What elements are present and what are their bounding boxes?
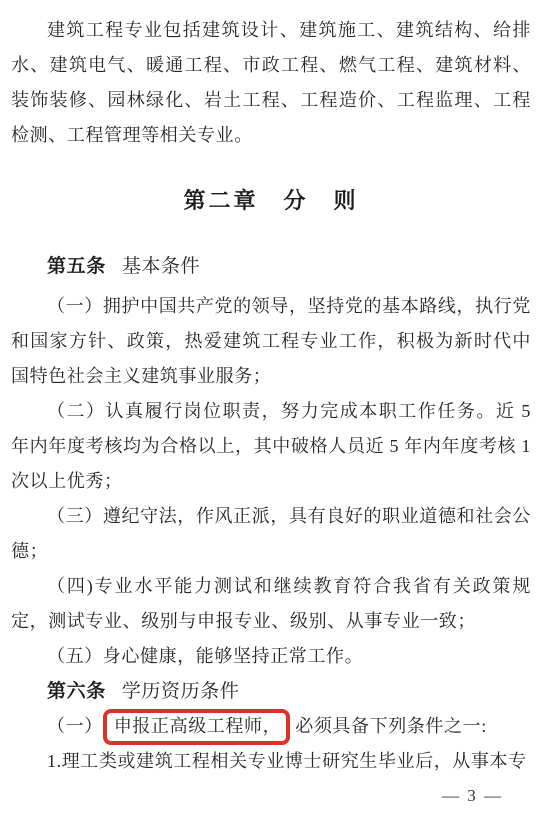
chapter-heading: 第二章 分 则 (11, 183, 531, 218)
article-5-title: 基本条件 (122, 256, 200, 277)
article-5-item-2: （二）认真履行岗位职责，努力完成本职工作任务。近 5 年内年度考核均为合格以上，… (11, 394, 531, 499)
article-5-item-3: （三）遵纪守法，作风正派，具有良好的职业道德和社会公德； (11, 499, 531, 569)
article-5-heading: 第五条基本条件 (11, 249, 531, 284)
article-5-label: 第五条 (47, 256, 106, 277)
article-6-item-1: （一）申报正高级工程师，必须具备下列条件之一: (11, 709, 531, 744)
article-5-item-4: （四)专业水平能力测试和继续教育符合我省有关政策规定，测试专业、级别与申报专业、… (11, 569, 531, 639)
article-6-item-1-sub-1: 1.理工类或建筑工程相关专业博士研究生毕业后，从事本专 (11, 744, 531, 779)
article-6-item-1-prefix: （一） (47, 716, 103, 736)
article-5-item-5: （五）身心健康，能够坚持正常工作。 (11, 639, 531, 674)
article-6-label: 第六条 (47, 681, 106, 702)
intro-paragraph: 建筑工程专业包括建筑设计、建筑施工、建筑结构、给排水、建筑电气、暖通工程、市政工… (11, 13, 531, 153)
red-highlight-box: 申报正高级工程师， (103, 709, 290, 745)
article-6-item-1-suffix: 必须具备下列条件之一: (295, 716, 487, 736)
article-6-heading: 第六条学历资历条件 (11, 674, 531, 709)
page-number: — 3 — (11, 786, 531, 806)
article-6-title: 学历资历条件 (122, 681, 240, 702)
document-page: 建筑工程专业包括建筑设计、建筑施工、建筑结构、给排水、建筑电气、暖通工程、市政工… (0, 0, 540, 813)
article-5-item-1: （一）拥护中国共产党的领导，坚持党的基本路线，执行党和国家方针、政策，热爱建筑工… (11, 289, 531, 394)
